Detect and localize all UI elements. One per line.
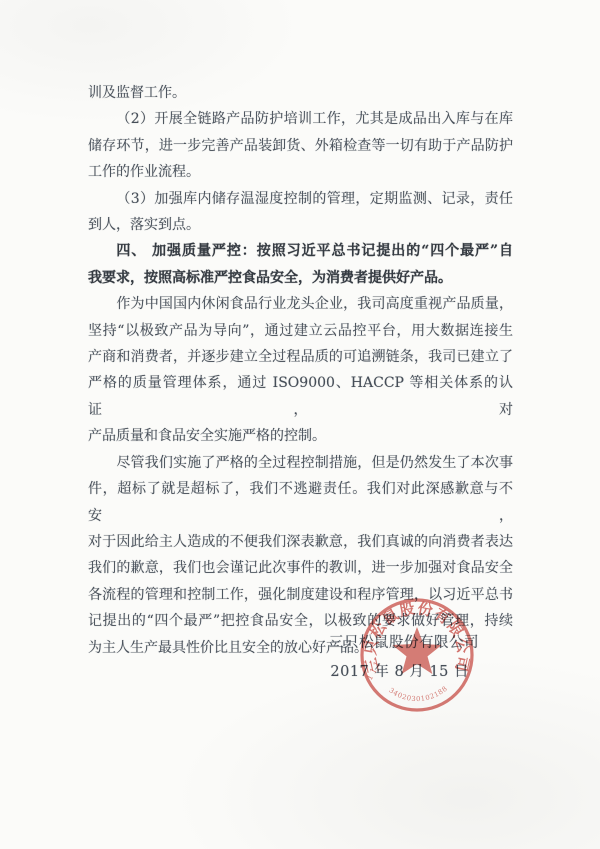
- document-line: 训及监督工作。: [88, 80, 513, 106]
- document-line: （3）加强库内储存温湿度控制的管理，定期监测、记录，责任: [88, 186, 513, 212]
- document-line: 坚持“以极致产品为导向”，通过建立云品控平台，用大数据连接生: [88, 318, 513, 344]
- document-body: 训及监督工作。（2）开展全链路产品防护培训工作，尤其是成品出入库与在库储存环节，…: [88, 80, 513, 661]
- seal-serial-number: 3402030102188: [387, 685, 449, 704]
- document-line: 各流程的管理和控制工作，强化制度建设和程序管理，以习近平总书: [88, 582, 513, 608]
- scanned-document-page: 训及监督工作。（2）开展全链路产品防护培训工作，尤其是成品出入库与在库储存环节，…: [0, 0, 600, 849]
- document-line: 我要求，按照高标准严控食品安全，为消费者提供好产品。: [88, 265, 513, 291]
- document-line: 四、 加强质量严控：按照习近平总书记提出的“四个最严”自: [88, 238, 513, 264]
- document-line: （2）开展全链路产品防护培训工作，尤其是成品出入库与在库: [88, 106, 513, 132]
- document-line: 件，超标了就是超标了，我们不逃避责任。我们对此深感歉意与不安，: [88, 476, 513, 529]
- signature-date: 2017 年 8 月 15 日: [88, 658, 513, 687]
- document-line: 工作的作业流程。: [88, 159, 513, 185]
- document-line: 到人，落实到点。: [88, 212, 513, 238]
- signature-block: 三只松鼠股份有限公司 2017 年 8 月 15 日: [88, 629, 513, 687]
- document-line: 储存环节，进一步完善产品装卸货、外箱检查等一切有助于产品防护: [88, 133, 513, 159]
- document-line: 我们的歉意，我们也会谨记此次事件的教训，进一步加强对食品安全: [88, 555, 513, 581]
- document-line: 尽管我们实施了严格的全过程控制措施，但是仍然发生了本次事: [88, 450, 513, 476]
- document-line: 作为中国国内休闲食品行业龙头企业，我司高度重视产品质量，: [88, 291, 513, 317]
- document-line: 严格的质量管理体系，通过 ISO9000、HACCP 等相关体系的认证，对: [88, 370, 513, 423]
- signature-company-name: 三只松鼠股份有限公司: [88, 629, 513, 658]
- document-line: 产商和消费者，并逐步建立全过程品质的可追溯链条，我司已建立了: [88, 344, 513, 370]
- document-line: 产品质量和食品安全实施严格的控制。: [88, 423, 513, 449]
- document-line: 对于因此给主人造成的不便我们深表歉意，我们真诚的向消费者表达: [88, 529, 513, 555]
